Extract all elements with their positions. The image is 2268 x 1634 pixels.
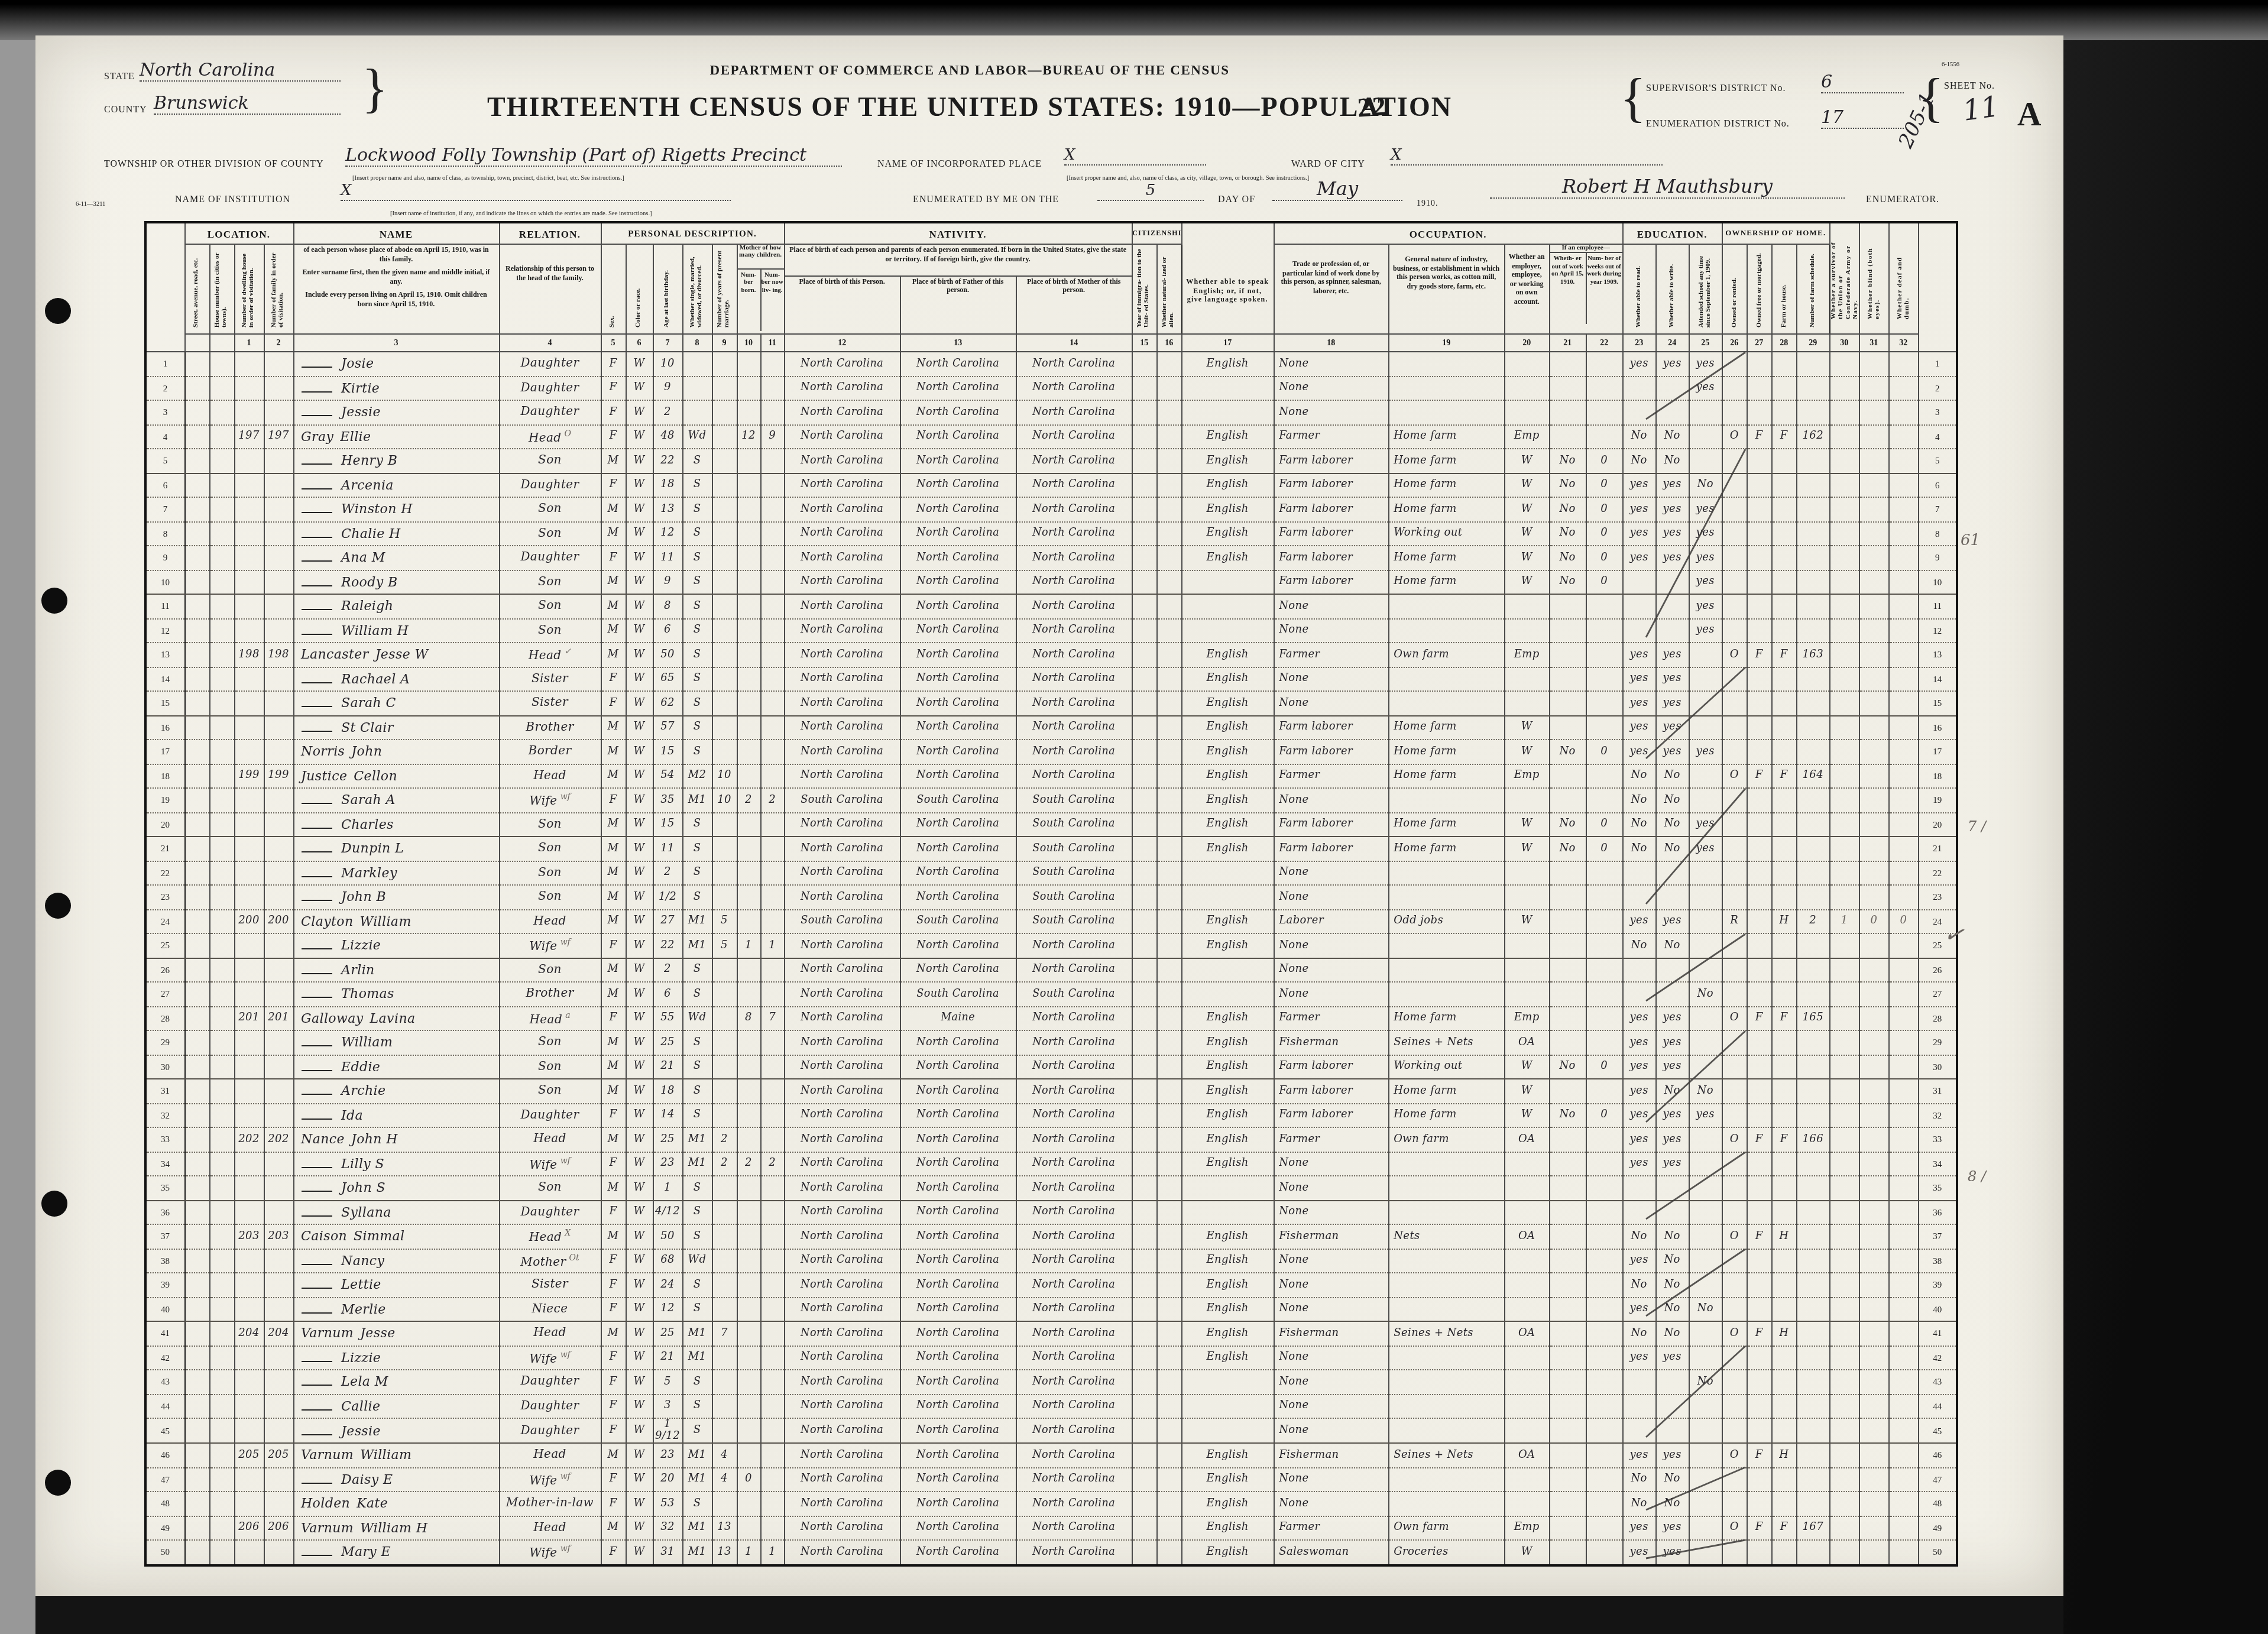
marital-cell: S xyxy=(682,958,712,982)
farm-or-house-cell xyxy=(1771,861,1796,885)
children-living-cell: 1 xyxy=(760,933,784,958)
color-cell: W xyxy=(626,1030,653,1055)
dwelling-number-cell xyxy=(234,667,264,691)
deaf-cell xyxy=(1888,546,1918,570)
naturalized-cell xyxy=(1156,1492,1181,1516)
children-born-cell xyxy=(737,837,760,861)
sex-cell: F xyxy=(601,1492,626,1516)
farm-or-house-cell xyxy=(1771,812,1796,837)
trade-cell: None xyxy=(1274,1176,1388,1200)
name-cell: William xyxy=(293,1030,499,1055)
line-number-col-right xyxy=(1918,222,1957,352)
children-born-cell xyxy=(737,812,760,837)
write-cell: yes xyxy=(1655,1346,1689,1370)
deaf-cell xyxy=(1888,1418,1918,1443)
employer-status-cell: OA xyxy=(1504,1443,1549,1467)
sex-cell: M xyxy=(601,837,626,861)
relation-cell: Daughter xyxy=(499,400,601,424)
industry-cell: Home farm xyxy=(1388,497,1504,521)
relation-cell: Head xyxy=(499,1127,601,1152)
sex-cell: F xyxy=(601,1346,626,1370)
home-free-cell xyxy=(1747,618,1771,643)
read-cell: yes xyxy=(1622,1152,1655,1176)
trade-cell: None xyxy=(1274,1394,1388,1418)
farm-schedule-cell xyxy=(1796,740,1829,764)
industry-cell xyxy=(1388,1152,1504,1176)
immigration-year-cell xyxy=(1132,1224,1156,1249)
school-cell: No xyxy=(1689,1297,1722,1321)
sex-cell: F xyxy=(601,788,626,812)
home-free-cell xyxy=(1747,1370,1771,1394)
out-of-work-cell xyxy=(1549,1224,1586,1249)
write-cell: yes xyxy=(1655,643,1689,667)
children-living-cell xyxy=(760,764,784,788)
children-born-cell xyxy=(737,764,760,788)
sex-cell: M xyxy=(601,740,626,764)
farm-or-house-cell xyxy=(1771,1492,1796,1516)
line-number-left: 19 xyxy=(145,788,184,812)
employer-status-cell: W xyxy=(1504,570,1549,594)
trade-cell: None xyxy=(1274,1492,1388,1516)
trade-cell: None xyxy=(1274,1297,1388,1321)
street-cell xyxy=(184,1200,209,1224)
col-out-of-work: Wheth- er out of work on April 15, 1910. xyxy=(1550,254,1585,325)
farm-or-house-cell xyxy=(1771,1370,1796,1394)
industry-cell: Home farm xyxy=(1388,473,1504,497)
house-number-cell xyxy=(209,618,234,643)
dwelling-number-cell: 200 xyxy=(234,909,264,933)
immigration-year-cell xyxy=(1132,837,1156,861)
school-cell xyxy=(1689,1176,1722,1200)
line-number-left: 50 xyxy=(145,1540,184,1565)
naturalized-cell xyxy=(1156,1249,1181,1273)
farm-or-house-cell xyxy=(1771,788,1796,812)
house-number-cell xyxy=(209,909,234,933)
column-number: 16 xyxy=(1156,334,1181,352)
sex-cell: F xyxy=(601,667,626,691)
sheet-letter: A xyxy=(2017,97,2041,135)
read-cell: No xyxy=(1622,1273,1655,1297)
line-number-left: 11 xyxy=(145,594,184,618)
home-free-cell xyxy=(1747,1418,1771,1443)
father-birthplace-cell: North Carolina xyxy=(900,1346,1016,1370)
col-street: Street, avenue, road, etc. xyxy=(184,244,209,334)
age-cell: 21 xyxy=(653,1346,682,1370)
marital-cell: M1 xyxy=(682,1467,712,1492)
relation-cell: Son xyxy=(499,885,601,909)
birthplace-cell: North Carolina xyxy=(784,376,900,400)
hole-punch xyxy=(41,588,67,614)
column-number: 8 xyxy=(682,334,712,352)
col-dwelling-number: Number of dwelling house in order of vis… xyxy=(234,244,264,334)
children-born-cell xyxy=(737,715,760,740)
home-owned-cell: O xyxy=(1722,1321,1747,1346)
industry-cell: Own farm xyxy=(1388,1516,1504,1540)
farm-or-house-cell xyxy=(1771,885,1796,909)
employer-status-cell: W xyxy=(1504,546,1549,570)
dwelling-number-cell xyxy=(234,982,264,1006)
family-number-cell: 198 xyxy=(264,643,293,667)
industry-cell xyxy=(1388,788,1504,812)
sex-cell: M xyxy=(601,1176,626,1200)
age-cell: 22 xyxy=(653,933,682,958)
children-living-cell xyxy=(760,473,784,497)
read-cell: yes xyxy=(1622,1516,1655,1540)
relation-cell: Border xyxy=(499,740,601,764)
age-cell: 18 xyxy=(653,1079,682,1103)
table-row: 44CallieDaughterFW3SNorth CarolinaNorth … xyxy=(145,1394,1957,1418)
immigration-year-cell xyxy=(1132,618,1156,643)
write-cell: No xyxy=(1655,1079,1689,1103)
father-birthplace-cell: North Carolina xyxy=(900,1249,1016,1273)
table-row: 32IdaDaughterFW14SNorth CarolinaNorth Ca… xyxy=(145,1103,1957,1127)
write-cell: yes xyxy=(1655,667,1689,691)
color-cell: W xyxy=(626,909,653,933)
blind-cell xyxy=(1859,546,1888,570)
survivor-cell xyxy=(1829,497,1859,521)
column-number xyxy=(209,334,234,352)
children-living-cell xyxy=(760,594,784,618)
birthplace-cell: North Carolina xyxy=(784,1030,900,1055)
immigration-year-cell xyxy=(1132,1200,1156,1224)
children-born-cell xyxy=(737,740,760,764)
weeks-out-cell xyxy=(1586,982,1622,1006)
out-of-work-cell xyxy=(1549,1516,1586,1540)
weeks-out-cell xyxy=(1586,715,1622,740)
census-table: LOCATION. NAME RELATION. PERSONAL DESCRI… xyxy=(144,221,1958,1566)
age-cell: 48 xyxy=(653,424,682,449)
age-cell: 68 xyxy=(653,1249,682,1273)
relation-cell: Head a xyxy=(499,1006,601,1030)
farm-or-house-cell xyxy=(1771,1249,1796,1273)
sheet-number: 11 xyxy=(1961,90,2001,128)
survivor-cell xyxy=(1829,812,1859,837)
house-number-cell xyxy=(209,1030,234,1055)
father-birthplace-cell: South Carolina xyxy=(900,788,1016,812)
farm-schedule-cell xyxy=(1796,376,1829,400)
age-cell: 24 xyxy=(653,1273,682,1297)
dwelling-number-cell xyxy=(234,449,264,473)
birthplace-cell: North Carolina xyxy=(784,352,900,376)
children-living-cell xyxy=(760,1346,784,1370)
line-number-right: 50 xyxy=(1918,1540,1957,1565)
farm-schedule-cell xyxy=(1796,1370,1829,1394)
school-cell xyxy=(1689,691,1722,715)
blind-cell xyxy=(1859,1394,1888,1418)
street-cell xyxy=(184,1079,209,1103)
home-free-cell xyxy=(1747,715,1771,740)
out-of-work-cell xyxy=(1549,715,1586,740)
deaf-cell xyxy=(1888,1321,1918,1346)
dwelling-number-cell xyxy=(234,1055,264,1079)
color-cell: W xyxy=(626,1370,653,1394)
home-free-cell xyxy=(1747,1467,1771,1492)
naturalized-cell xyxy=(1156,521,1181,546)
trade-cell: None xyxy=(1274,885,1388,909)
out-of-work-cell xyxy=(1549,764,1586,788)
home-owned-cell xyxy=(1722,933,1747,958)
trade-cell: None xyxy=(1274,1200,1388,1224)
color-cell: W xyxy=(626,691,653,715)
naturalized-cell xyxy=(1156,1200,1181,1224)
marital-cell: S xyxy=(682,667,712,691)
home-free-cell xyxy=(1747,982,1771,1006)
column-number xyxy=(184,334,209,352)
years-married-cell xyxy=(712,1055,737,1079)
immigration-year-cell xyxy=(1132,861,1156,885)
out-of-work-cell xyxy=(1549,1006,1586,1030)
color-cell: W xyxy=(626,740,653,764)
industry-cell: Own farm xyxy=(1388,1127,1504,1152)
farm-or-house-cell xyxy=(1771,1176,1796,1200)
english-cell: English xyxy=(1181,1030,1274,1055)
name-cell: Winston H xyxy=(293,497,499,521)
family-number-cell xyxy=(264,837,293,861)
write-cell: No xyxy=(1655,1467,1689,1492)
years-married-cell xyxy=(712,885,737,909)
enumerated-year: 1910. xyxy=(1417,199,1438,208)
marital-cell: S xyxy=(682,1030,712,1055)
school-cell xyxy=(1689,1516,1722,1540)
english-cell: English xyxy=(1181,1540,1274,1565)
father-birthplace-cell: Maine xyxy=(900,1006,1016,1030)
trade-cell: Farm laborer xyxy=(1274,570,1388,594)
naturalized-cell xyxy=(1156,1079,1181,1103)
mother-birthplace-cell: North Carolina xyxy=(1016,1467,1132,1492)
immigration-year-cell xyxy=(1132,1370,1156,1394)
name-cell: Lancaster Jesse W xyxy=(293,643,499,667)
blind-cell xyxy=(1859,376,1888,400)
home-free-cell xyxy=(1747,1103,1771,1127)
marital-cell: M1 xyxy=(682,788,712,812)
birthplace-cell: North Carolina xyxy=(784,1394,900,1418)
family-number-cell: 203 xyxy=(264,1224,293,1249)
birthplace-cell: North Carolina xyxy=(784,1127,900,1152)
trade-cell: None xyxy=(1274,958,1388,982)
relation-cell: Head xyxy=(499,1443,601,1467)
immigration-year-cell xyxy=(1132,594,1156,618)
street-cell xyxy=(184,521,209,546)
dwelling-number-cell xyxy=(234,1200,264,1224)
farm-schedule-cell: 166 xyxy=(1796,1127,1829,1152)
color-cell: W xyxy=(626,1127,653,1152)
children-living-cell xyxy=(760,546,784,570)
age-cell: 9 xyxy=(653,570,682,594)
relation-cell: Head ✓ xyxy=(499,643,601,667)
table-row: 34Lilly SWife wfFW23M1222North CarolinaN… xyxy=(145,1152,1957,1176)
children-living-cell xyxy=(760,618,784,643)
color-cell: W xyxy=(626,546,653,570)
children-born-cell xyxy=(737,643,760,667)
col-trade: Trade or profession of, or particular ki… xyxy=(1274,244,1388,334)
children-born-cell xyxy=(737,1200,760,1224)
name-cell: Caison Simmal xyxy=(293,1224,499,1249)
survivor-cell: 1 xyxy=(1829,909,1859,933)
dwelling-number-cell xyxy=(234,1103,264,1127)
street-cell xyxy=(184,740,209,764)
marital-cell: M1 xyxy=(682,1127,712,1152)
name-cell: Daisy E xyxy=(293,1467,499,1492)
dwelling-number-cell xyxy=(234,1492,264,1516)
naturalized-cell xyxy=(1156,667,1181,691)
mother-birthplace-cell: South Carolina xyxy=(1016,812,1132,837)
table-row: 30EddieSonMW21SNorth CarolinaNorth Carol… xyxy=(145,1055,1957,1079)
home-owned-cell xyxy=(1722,594,1747,618)
blind-cell xyxy=(1859,1516,1888,1540)
line-number-left: 34 xyxy=(145,1152,184,1176)
sex-cell: F xyxy=(601,933,626,958)
name-cell: Roody B xyxy=(293,570,499,594)
line-number-left: 9 xyxy=(145,546,184,570)
english-cell: English xyxy=(1181,1127,1274,1152)
children-born-cell xyxy=(737,885,760,909)
children-living-cell xyxy=(760,400,784,424)
children-living-cell xyxy=(760,1224,784,1249)
employer-status-cell xyxy=(1504,691,1549,715)
street-cell xyxy=(184,1492,209,1516)
blind-cell xyxy=(1859,1030,1888,1055)
english-cell: English xyxy=(1181,1346,1274,1370)
deaf-cell xyxy=(1888,861,1918,885)
table-row: 37203203Caison SimmalHead XMW50SNorth Ca… xyxy=(145,1224,1957,1249)
family-number-cell: 204 xyxy=(264,1321,293,1346)
children-living-cell xyxy=(760,909,784,933)
name-cell: Justice Cellon xyxy=(293,764,499,788)
years-married-cell xyxy=(712,424,737,449)
birthplace-cell: North Carolina xyxy=(784,933,900,958)
home-free-cell xyxy=(1747,1152,1771,1176)
enumeration-district-label: ENUMERATION DISTRICT No. xyxy=(1646,118,1790,129)
table-row: 18199199Justice CellonHeadMW54M210North … xyxy=(145,764,1957,788)
relation-cell: Son xyxy=(499,1079,601,1103)
house-number-cell xyxy=(209,546,234,570)
mother-birthplace-cell: North Carolina xyxy=(1016,352,1132,376)
children-living-cell xyxy=(760,1030,784,1055)
mother-birthplace-cell: North Carolina xyxy=(1016,1516,1132,1540)
trade-cell: Farm laborer xyxy=(1274,837,1388,861)
relation-cell: Head xyxy=(499,764,601,788)
line-number-right: 34 xyxy=(1918,1152,1957,1176)
trade-cell: Farm laborer xyxy=(1274,812,1388,837)
children-born-cell xyxy=(737,1273,760,1297)
english-cell xyxy=(1181,982,1274,1006)
county-value: Brunswick xyxy=(154,92,341,115)
dwelling-number-cell xyxy=(234,788,264,812)
relation-cell: Daughter xyxy=(499,1394,601,1418)
school-cell: No xyxy=(1689,1079,1722,1103)
father-birthplace-cell: North Carolina xyxy=(900,1467,1016,1492)
father-birthplace-cell: North Carolina xyxy=(900,1418,1016,1443)
dwelling-number-cell xyxy=(234,546,264,570)
birthplace-cell: North Carolina xyxy=(784,521,900,546)
naturalized-cell xyxy=(1156,885,1181,909)
out-of-work-cell: No xyxy=(1549,837,1586,861)
marital-cell xyxy=(682,352,712,376)
children-living-cell xyxy=(760,376,784,400)
school-cell: No xyxy=(1689,473,1722,497)
years-married-cell xyxy=(712,1273,737,1297)
group-personal: PERSONAL DESCRIPTION. xyxy=(601,222,784,244)
street-cell xyxy=(184,982,209,1006)
marital-cell: S xyxy=(682,861,712,885)
sex-cell: M xyxy=(601,643,626,667)
column-number: 12 xyxy=(784,334,900,352)
english-cell: English xyxy=(1181,1492,1274,1516)
sex-cell: F xyxy=(601,1540,626,1565)
read-cell: yes xyxy=(1622,1540,1655,1565)
survivor-cell xyxy=(1829,570,1859,594)
trade-cell: None xyxy=(1274,788,1388,812)
column-numbers-row: 1234567891011121314151617181920212223242… xyxy=(145,334,1957,352)
column-number: 20 xyxy=(1504,334,1549,352)
read-cell xyxy=(1622,570,1655,594)
years-married-cell xyxy=(712,958,737,982)
family-number-cell xyxy=(264,1055,293,1079)
line-number-right: 49 xyxy=(1918,1516,1957,1540)
naturalized-cell xyxy=(1156,909,1181,933)
house-number-cell xyxy=(209,594,234,618)
col-mother-children: Mother of how many children. Num- ber bo… xyxy=(737,244,784,334)
birthplace-cell: North Carolina xyxy=(784,958,900,982)
write-cell xyxy=(1655,594,1689,618)
deaf-cell xyxy=(1888,1006,1918,1030)
deaf-cell xyxy=(1888,1297,1918,1321)
house-number-cell xyxy=(209,1200,234,1224)
out-of-work-cell xyxy=(1549,861,1586,885)
survivor-cell xyxy=(1829,933,1859,958)
out-of-work-cell xyxy=(1549,1030,1586,1055)
mother-birthplace-cell: South Carolina xyxy=(1016,885,1132,909)
home-owned-cell xyxy=(1722,1540,1747,1565)
trade-cell: None xyxy=(1274,1346,1388,1370)
naturalized-cell xyxy=(1156,1297,1181,1321)
age-cell: 57 xyxy=(653,715,682,740)
employer-status-cell: W xyxy=(1504,473,1549,497)
relation-cell: Son xyxy=(499,812,601,837)
group-occupation: OCCUPATION. xyxy=(1274,222,1622,244)
write-cell: No xyxy=(1655,1224,1689,1249)
age-cell: 15 xyxy=(653,740,682,764)
employer-status-cell xyxy=(1504,861,1549,885)
relation-cell: Head xyxy=(499,1321,601,1346)
weeks-out-cell xyxy=(1586,909,1622,933)
marital-cell: S xyxy=(682,1492,712,1516)
color-cell: W xyxy=(626,643,653,667)
farm-schedule-cell xyxy=(1796,861,1829,885)
name-cell: Eddie xyxy=(293,1055,499,1079)
age-cell: 23 xyxy=(653,1443,682,1467)
years-married-cell xyxy=(712,521,737,546)
birthplace-cell: South Carolina xyxy=(784,788,900,812)
color-cell: W xyxy=(626,837,653,861)
family-number-cell xyxy=(264,1394,293,1418)
survivor-cell xyxy=(1829,594,1859,618)
family-number-cell xyxy=(264,594,293,618)
mother-birthplace-cell: North Carolina xyxy=(1016,1200,1132,1224)
line-number-right: 47 xyxy=(1918,1467,1957,1492)
children-living-cell xyxy=(760,352,784,376)
english-cell: English xyxy=(1181,1055,1274,1079)
sex-cell: M xyxy=(601,449,626,473)
color-cell: W xyxy=(626,982,653,1006)
line-number-right: 20 xyxy=(1918,812,1957,837)
industry-cell: Own farm xyxy=(1388,643,1504,667)
name-cell: Galloway Lavina xyxy=(293,1006,499,1030)
immigration-year-cell xyxy=(1132,1467,1156,1492)
english-cell xyxy=(1181,1394,1274,1418)
group-location: LOCATION. xyxy=(184,222,293,244)
dwelling-number-cell: 197 xyxy=(234,424,264,449)
